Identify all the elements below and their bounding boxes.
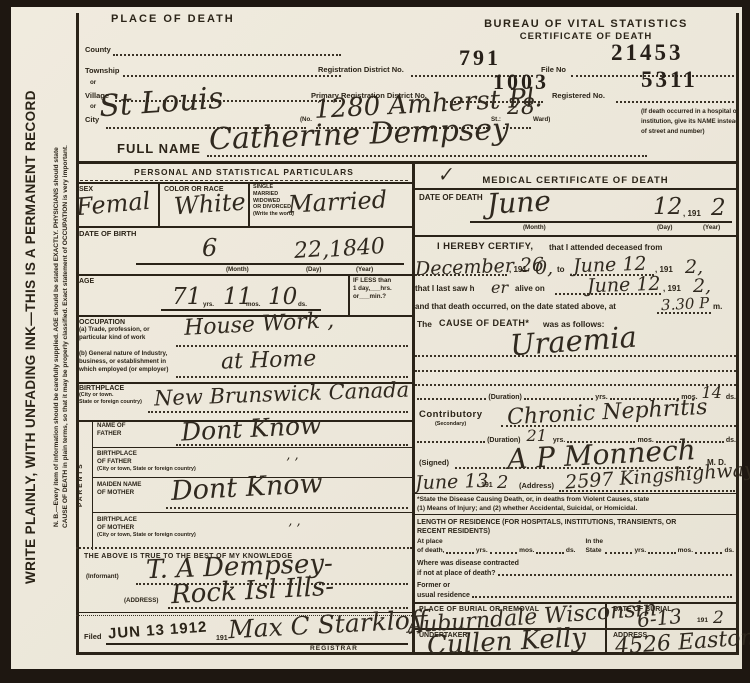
age-years-value: 71 bbox=[172, 284, 201, 310]
age-ds-label: ds. bbox=[298, 301, 307, 309]
personal-section: PERSONAL AND STATISTICAL PARTICULARS SEX… bbox=[76, 164, 412, 652]
informant-address-label: (ADDRESS) bbox=[124, 597, 158, 605]
dod-bottom-border bbox=[415, 235, 736, 237]
ward-close-label: Ward) bbox=[533, 116, 550, 124]
mother-birthplace-sub: (City or town, State or foreign country) bbox=[97, 532, 196, 539]
residence-fill-5 bbox=[648, 552, 675, 554]
at-place-label-2: of death, bbox=[417, 547, 444, 556]
residence-title-1: LENGTH OF RESIDENCE (FOR HOSPITALS, INST… bbox=[417, 518, 676, 527]
residence-ds-2: ds. bbox=[724, 547, 734, 556]
dob-month-value: 6 bbox=[202, 234, 217, 262]
occupation-b-line bbox=[176, 367, 408, 378]
residence-mos-2: mos. bbox=[678, 547, 693, 556]
registration-district-label: Registration District No. bbox=[318, 65, 404, 75]
cause-pre: The bbox=[417, 319, 432, 329]
duration2-ds: ds. bbox=[726, 436, 736, 445]
township-label: Township bbox=[85, 66, 119, 76]
parents-strip-divider bbox=[92, 420, 93, 550]
residence-ds-1: ds. bbox=[566, 547, 576, 556]
color-marital-divider bbox=[248, 182, 250, 226]
township-line bbox=[123, 66, 341, 77]
date-of-death-label: DATE OF DEATH bbox=[419, 193, 483, 202]
former-label-2: usual residence bbox=[417, 591, 470, 600]
duration1-fill-2 bbox=[524, 398, 593, 400]
filed-date-stamp: JUN 13 1912 bbox=[108, 619, 208, 643]
footnote-bottom-border bbox=[415, 514, 736, 515]
dod-day-caption: (Day) bbox=[657, 224, 672, 232]
filed-line bbox=[106, 643, 408, 645]
signature-year-hw: 2 bbox=[497, 472, 508, 493]
rowB-bottom-border bbox=[76, 274, 412, 276]
last-saw-her: er bbox=[491, 278, 508, 297]
rowA-bottom-border bbox=[76, 226, 412, 228]
occupation-b-label-3: which employed (or employer) bbox=[79, 366, 168, 374]
filed-label: Filed bbox=[84, 632, 102, 642]
sidebar-note-line2: CAUSE OF DEATH in plain terms, so that i… bbox=[62, 31, 71, 643]
mother-birthplace-label-1: BIRTHPLACE bbox=[97, 516, 196, 524]
in-the-label-1: In the bbox=[585, 538, 603, 547]
registered-no-label: Registered No. bbox=[552, 91, 605, 101]
if-less-line3: or___min.? bbox=[353, 293, 392, 301]
full-name-label: FULL NAME bbox=[117, 141, 201, 156]
dob-day-value: 22 bbox=[293, 237, 323, 264]
mother-name-label-1: MAIDEN NAME bbox=[97, 481, 141, 489]
father-birthplace-sub: (City or town, State or foreign country) bbox=[97, 466, 196, 473]
sex-color-divider bbox=[158, 182, 160, 226]
residence-fill-6 bbox=[695, 552, 722, 554]
footnote-line2: (1) Means of Injury; and (2) whether Acc… bbox=[417, 505, 649, 514]
father-name-label-2: FATHER bbox=[97, 430, 126, 438]
duration1-label: (Duration) bbox=[488, 393, 521, 402]
registrar-label: REGISTRAR bbox=[310, 645, 358, 654]
hospital-note: (If death occurred in a hospital or inst… bbox=[641, 107, 739, 137]
certificate-title: CERTIFICATE OF DEATH bbox=[431, 31, 741, 42]
filed-printed-year: 191 bbox=[216, 634, 228, 643]
dob-label: DATE OF BIRTH bbox=[79, 229, 136, 239]
attended-to-label: to bbox=[557, 265, 565, 274]
attended-line-1 bbox=[415, 265, 507, 276]
rowA-top-border bbox=[76, 182, 412, 184]
signature-address-label: (Address) bbox=[519, 481, 554, 491]
dod-month-caption: (Month) bbox=[523, 224, 546, 232]
informant-label: (Informant) bbox=[86, 573, 119, 581]
alive-line bbox=[555, 284, 661, 295]
death-time-m-label: m. bbox=[713, 302, 722, 311]
residence-fill-3 bbox=[536, 552, 563, 554]
birthplace-sub-2: State or foreign country) bbox=[79, 399, 142, 406]
father-name-line bbox=[176, 435, 408, 446]
contributory-secondary-label: (Secondary) bbox=[435, 421, 466, 428]
death-time-line bbox=[657, 303, 711, 314]
marital-value: Married bbox=[287, 185, 387, 218]
or-label-1: or bbox=[90, 79, 96, 87]
bureau-title: BUREAU OF VITAL STATISTICS bbox=[431, 18, 741, 30]
parents-vertical-label: PARENTS bbox=[77, 420, 91, 550]
county-line bbox=[113, 45, 341, 56]
residence-mos-1: mos. bbox=[519, 547, 534, 556]
attended-from-year: 0, bbox=[535, 257, 553, 279]
residence-fill-1 bbox=[446, 552, 473, 554]
mother-birthplace-label-2: OF MOTHER bbox=[97, 524, 196, 532]
cause-bold: CAUSE OF DEATH* bbox=[439, 318, 529, 328]
full-name-line bbox=[207, 146, 647, 157]
in-the-label-2: State bbox=[585, 547, 603, 556]
mother-birthplace-value: ’ ’ bbox=[288, 522, 300, 537]
alive-on-label: alive on bbox=[515, 284, 545, 293]
residence-yrs-1: yrs. bbox=[476, 547, 488, 556]
sidebar-note: N. B.—Every item of information should b… bbox=[53, 31, 75, 643]
footnote-top-border bbox=[415, 493, 736, 494]
duration1-ds: ds. bbox=[726, 393, 736, 402]
city-label: City bbox=[85, 115, 99, 125]
file-no-value: 21453 bbox=[611, 40, 684, 66]
alive-on-191: , 191 bbox=[663, 284, 681, 293]
signed-label: (Signed) bbox=[419, 458, 449, 468]
residence-fill-4 bbox=[605, 552, 632, 554]
duration1-fill-1 bbox=[417, 398, 486, 400]
dob-month-caption: (Month) bbox=[226, 266, 249, 274]
death-certificate-scan: WRITE PLAINLY, WITH UNFADING INK—THIS IS… bbox=[0, 0, 750, 683]
occupation-a-label-1: (a) Trade, profession, or bbox=[79, 326, 149, 334]
cause-line-1 bbox=[415, 346, 736, 357]
occupation-b-label-1: (b) General nature of Industry, bbox=[79, 350, 168, 358]
date-of-death-line bbox=[470, 221, 732, 223]
age-days-value: 10 bbox=[268, 284, 297, 310]
birthplace-sub-1: (City or town. bbox=[79, 392, 142, 399]
primary-district-value: 1003 bbox=[493, 69, 549, 95]
mother-name-line bbox=[166, 498, 408, 509]
cause-line-3 bbox=[415, 375, 736, 386]
registered-no-value: 5311 bbox=[641, 67, 698, 93]
registrar-signature: Max C Starkloff bbox=[227, 605, 428, 644]
dob-day-caption: (Day) bbox=[306, 266, 321, 274]
color-race-value: White bbox=[173, 188, 246, 221]
date-of-death-year-hw: 2 bbox=[711, 195, 726, 221]
father-row-border bbox=[92, 447, 412, 448]
date-of-death-month: June bbox=[486, 184, 552, 220]
former-fill bbox=[472, 596, 732, 598]
dob-year-value: ,1840 bbox=[321, 234, 386, 263]
medical-section: ✓ MEDICAL CERTIFICATE OF DEATH DATE OF D… bbox=[415, 164, 736, 652]
father-birthplace-label-1: BIRTHPLACE bbox=[97, 450, 196, 458]
birthplace-line bbox=[148, 402, 408, 413]
father-name-label-1: NAME OF bbox=[97, 422, 126, 430]
dob-year-caption: (Year) bbox=[356, 266, 373, 274]
primary-district-label: Primary Registration District No. bbox=[311, 91, 427, 101]
place-of-death-title: PLACE OF DEATH bbox=[111, 13, 235, 25]
certify-bold: I HEREBY CERTIFY, bbox=[437, 241, 533, 252]
signature-date: June 13 bbox=[415, 470, 489, 495]
date-of-death-day: 12 bbox=[653, 194, 682, 220]
sidebar-bold-warning: WRITE PLAINLY, WITH UNFADING INK—THIS IS… bbox=[23, 25, 47, 649]
burial-date-value: 6-13 bbox=[636, 604, 683, 633]
age-yrs-label: yrs. bbox=[203, 301, 214, 309]
if-less-line2: 1 day,___hrs. bbox=[353, 285, 392, 293]
cause-line-2 bbox=[415, 361, 736, 372]
medical-title-border bbox=[415, 188, 736, 190]
certificate-paper: WRITE PLAINLY, WITH UNFADING INK—THIS IS… bbox=[11, 7, 742, 669]
personal-title-underline bbox=[80, 172, 408, 181]
age-mos-label: mos. bbox=[246, 301, 260, 309]
father-birthplace-label-2: OF FATHER bbox=[97, 458, 196, 466]
attestation-dotted-border bbox=[76, 547, 412, 549]
registration-district-value: 791 bbox=[459, 45, 501, 71]
dod-year-caption: (Year) bbox=[703, 224, 720, 232]
residence-values-row: At place of death, yrs. mos. ds. In the … bbox=[417, 538, 734, 556]
sidebar-note-line1: N. B.—Every item of information should b… bbox=[53, 31, 62, 643]
signature-address-line bbox=[559, 481, 735, 492]
if-less-divider bbox=[348, 274, 350, 315]
if-less-line1: IF LESS than bbox=[353, 277, 392, 285]
occupation-a-line bbox=[176, 336, 408, 347]
death-occurred-line: and that death occurred, on the date sta… bbox=[415, 302, 616, 311]
residence-fill-2 bbox=[490, 552, 517, 554]
attended-from-191: , 191 bbox=[509, 265, 527, 274]
medical-title: MEDICAL CERTIFICATE OF DEATH bbox=[415, 175, 736, 186]
residence-yrs-2: yrs. bbox=[634, 547, 646, 556]
at-place-label-1: At place bbox=[417, 538, 444, 547]
residence-title-2: RECENT RESIDENTS) bbox=[417, 527, 676, 536]
duration2-fill-1 bbox=[417, 441, 485, 443]
mother-row-border bbox=[92, 512, 412, 513]
sex-value: Femal bbox=[75, 187, 151, 221]
occupation-b-label-2: business, or establishment in bbox=[79, 358, 168, 366]
mother-name-label-2: OF MOTHER bbox=[97, 489, 141, 497]
burial-date-191: 191 bbox=[697, 617, 708, 626]
contracted-fill bbox=[498, 574, 732, 576]
dob-line bbox=[136, 263, 404, 265]
occupation-a-label-2: particular kind of work bbox=[79, 334, 149, 342]
burial-date-year-hw: 2 bbox=[713, 608, 724, 628]
or-label-2: or bbox=[90, 103, 96, 111]
date-of-death-year-printed: , 191 bbox=[683, 209, 701, 218]
certify-rest: that I attended deceased from bbox=[549, 243, 662, 252]
signature-191: 191 bbox=[481, 481, 493, 490]
age-label: AGE bbox=[79, 277, 94, 286]
last-saw-prefix: that I last saw h bbox=[415, 284, 475, 293]
footnote-line1: *State the Disease Causing Death, or, in… bbox=[417, 496, 649, 505]
contracted-label-2: if not at place of death? bbox=[417, 569, 496, 578]
contributory-label: Contributory bbox=[419, 409, 483, 420]
county-label: County bbox=[85, 45, 111, 55]
